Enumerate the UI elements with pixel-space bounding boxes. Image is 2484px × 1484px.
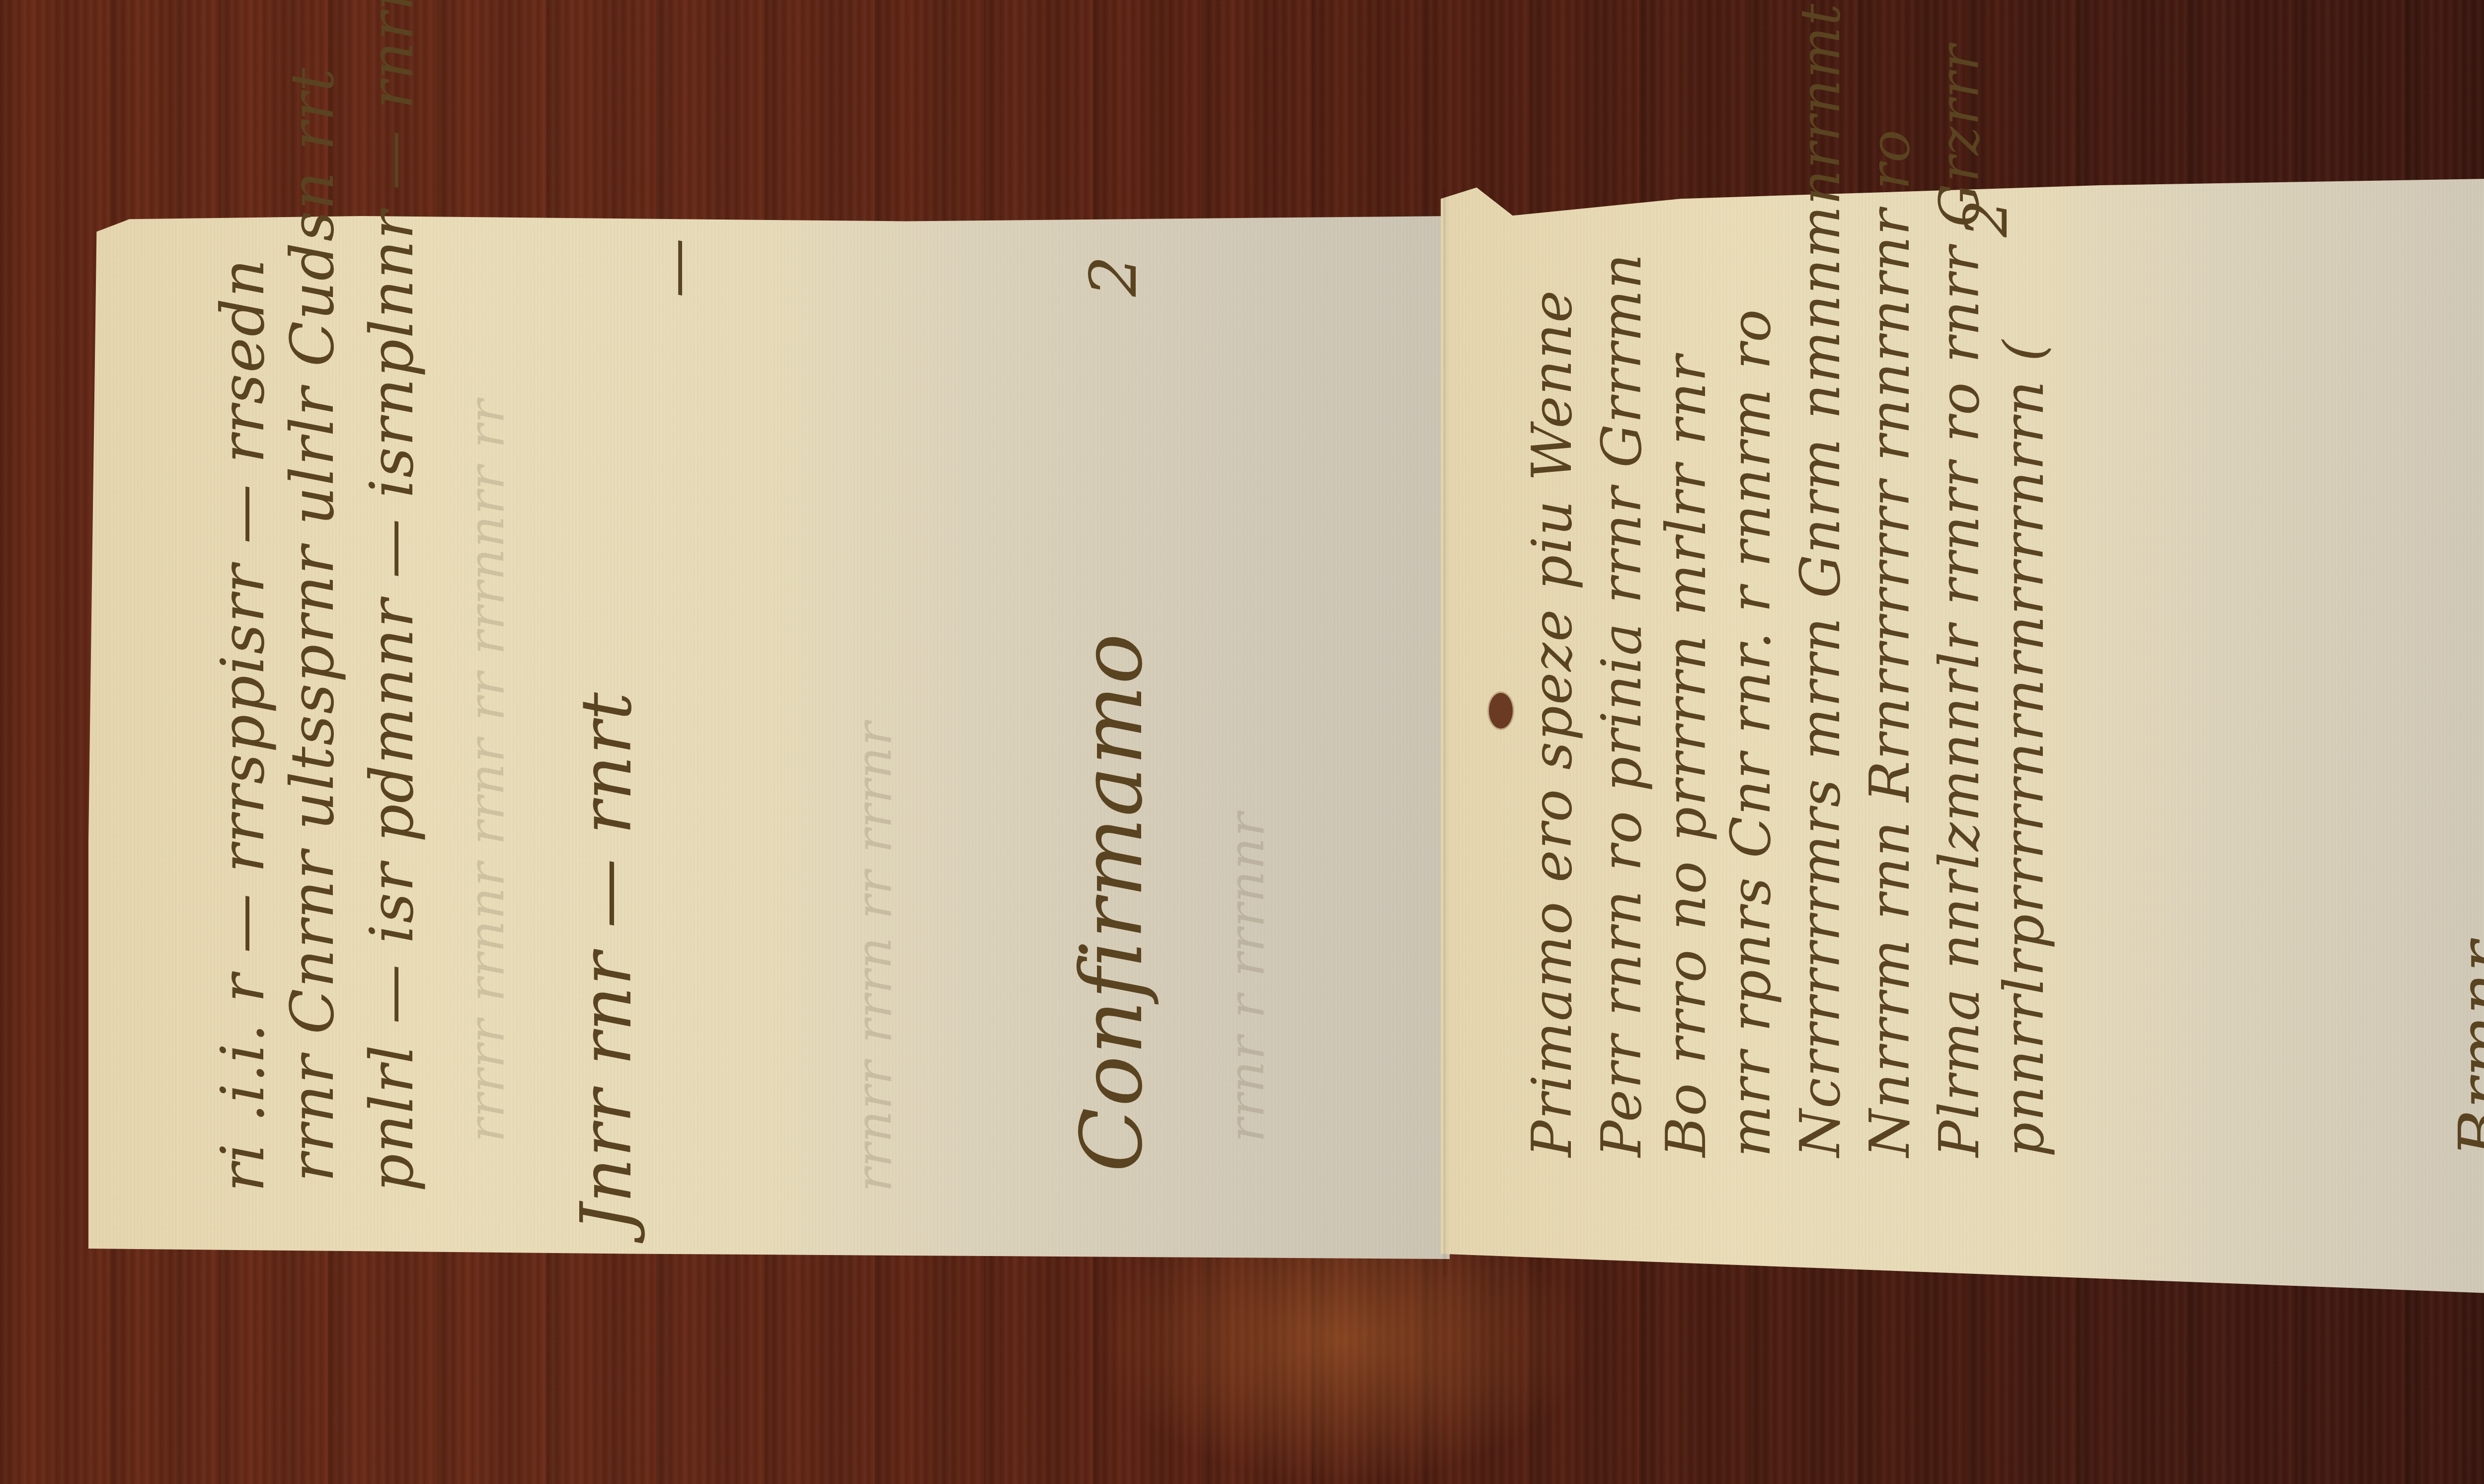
left-line-3: pnlrl — isr pdmnnr — isrnplnnr — rnrnr G… [358, 0, 427, 1192]
right-line-2: Perr rnrn ro prinia rrnr Grrrmn [1590, 253, 1653, 1157]
left-dash-mark: — [641, 238, 710, 298]
right-line-4: mrr rpnrs Cnr rnr. r rnnrm ro [1719, 308, 1783, 1157]
bleed-through-text: rrnr r rrrnnr [1217, 812, 1275, 1142]
worm-hole [1489, 693, 1513, 729]
left-signature-line: Jnrr rnr — rnrt [566, 691, 647, 1232]
right-signature: Brmnr [2444, 940, 2484, 1157]
paper-fold-crease [1443, 189, 1448, 1276]
left-line-1: ri .i.i. r — rrrsppisrr — rrsedn [209, 258, 278, 1192]
page-mark-middle: 2 [1076, 256, 1151, 297]
page-mark-right-a: 2 [1952, 199, 2021, 237]
light-reflection [1093, 1242, 1590, 1484]
right-line-6: Nnrrrm rnn Rrnrrrrrrrr rnnrnrnr ro [1858, 129, 1922, 1157]
right-line-1: Primamo ero speze piu Wenne [1520, 290, 1584, 1157]
left-line-2: rrnr Cnrnr ultssprnr ulrlr Cudsn rrt [278, 67, 347, 1182]
right-line-8: pnnrrlrprrrrrnrnrnrrrrnrrn ( [1992, 339, 2056, 1157]
bleed-through-text: rrnrr rrrn rr rrrnr [845, 721, 903, 1192]
right-line-5: Ncrrrrrrrmrs mrrn Gnrm nmnnmnrrnmt [1788, 2, 1852, 1157]
page-mark-right-b: 2 [2474, 204, 2484, 242]
bleed-through-text: rrrrr rrnnr rrnr rr rrrnnrr rr [457, 399, 515, 1142]
right-line-3: Bo rrro no prrrrrn mrlrr rnr [1654, 355, 1718, 1157]
word-confirmamo: Confirmamo [1063, 632, 1162, 1172]
